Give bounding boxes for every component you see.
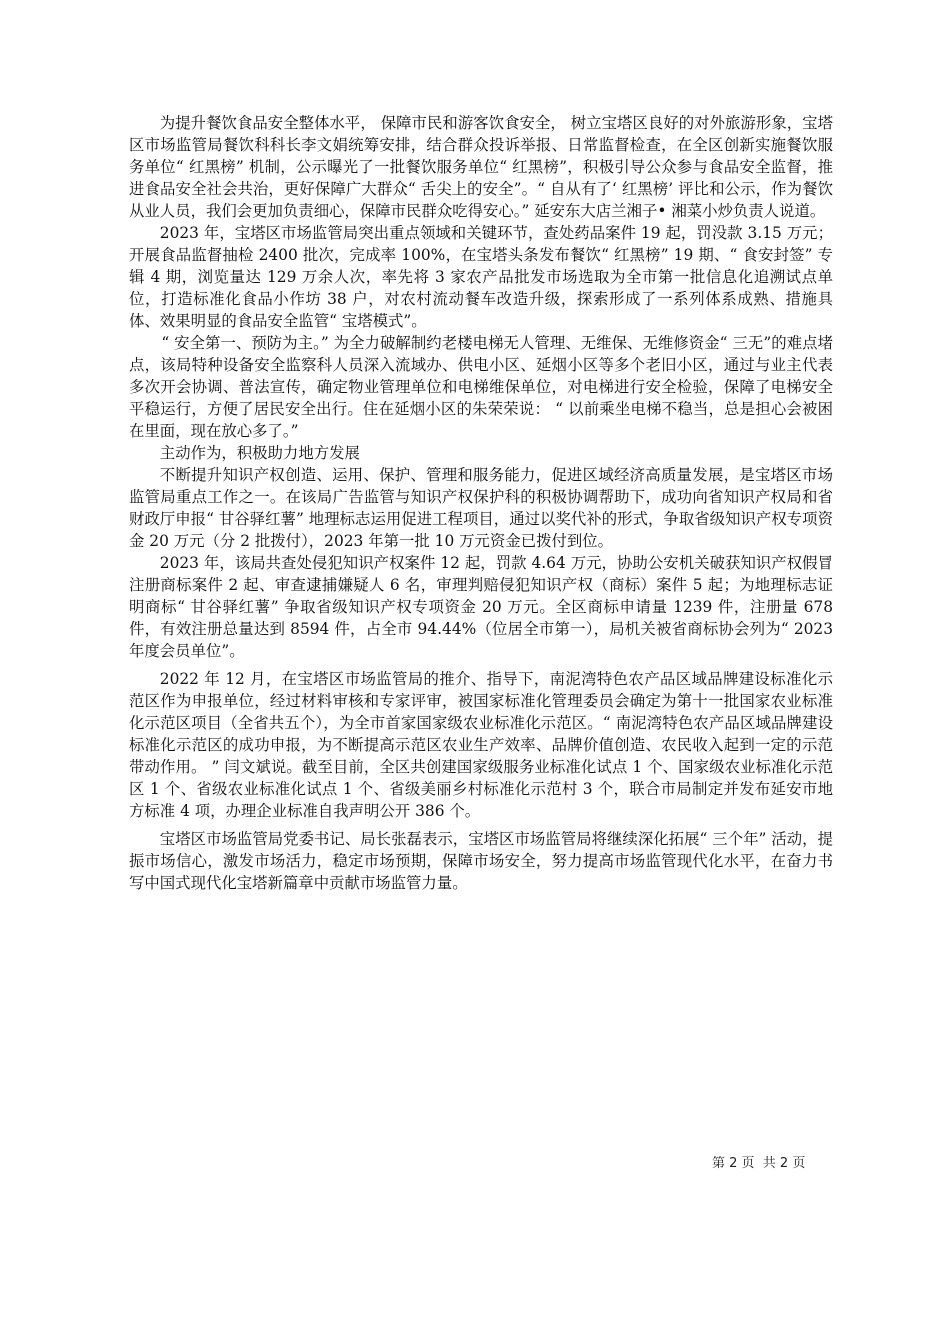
paragraph-2023-ip-cases: 2023 年，该局共查处侵犯知识产权案件 12 起，罚款 4.64 万元，协助公…: [129, 552, 833, 662]
section-heading-local-development: 主动作为，积极助力地方发展: [129, 442, 833, 464]
paragraph-elevator-safety: “ 安全第一、预防为主。” 为全力破解制约老楼电梯无人管理、无维保、无维修资金“…: [129, 332, 833, 442]
paragraph-red-black-list: 为提升餐饮食品安全整体水平， 保障市民和游客饮食安全， 树立宝塔区良好的对外旅游…: [129, 112, 833, 222]
paragraph-closing-statement: 宝塔区市场监管局党委书记、局长张磊表示，宝塔区市场监管局将继续深化拓展“ 三个年…: [129, 828, 833, 894]
paragraph-ip-protection: 不断提升知识产权创造、运用、保护、管理和服务能力，促进区域经济高质量发展，是宝塔…: [129, 464, 833, 552]
document-page: 为提升餐饮食品安全整体水平， 保障市民和游客饮食安全， 树立宝塔区良好的对外旅游…: [0, 0, 950, 1344]
document-body: 为提升餐饮食品安全整体水平， 保障市民和游客饮食安全， 树立宝塔区良好的对外旅游…: [129, 112, 833, 894]
paragraph-standardization-zone: 2022 年 12 月，在宝塔区市场监管局的推介、指导下，南泥湾特色农产品区域品…: [129, 668, 833, 822]
page-number-footer: 第 2 页 共 2 页: [712, 1152, 805, 1171]
paragraph-2023-food-safety: 2023 年，宝塔区市场监管局突出重点领域和关键环节，查处药品案件 19 起，罚…: [129, 222, 833, 332]
